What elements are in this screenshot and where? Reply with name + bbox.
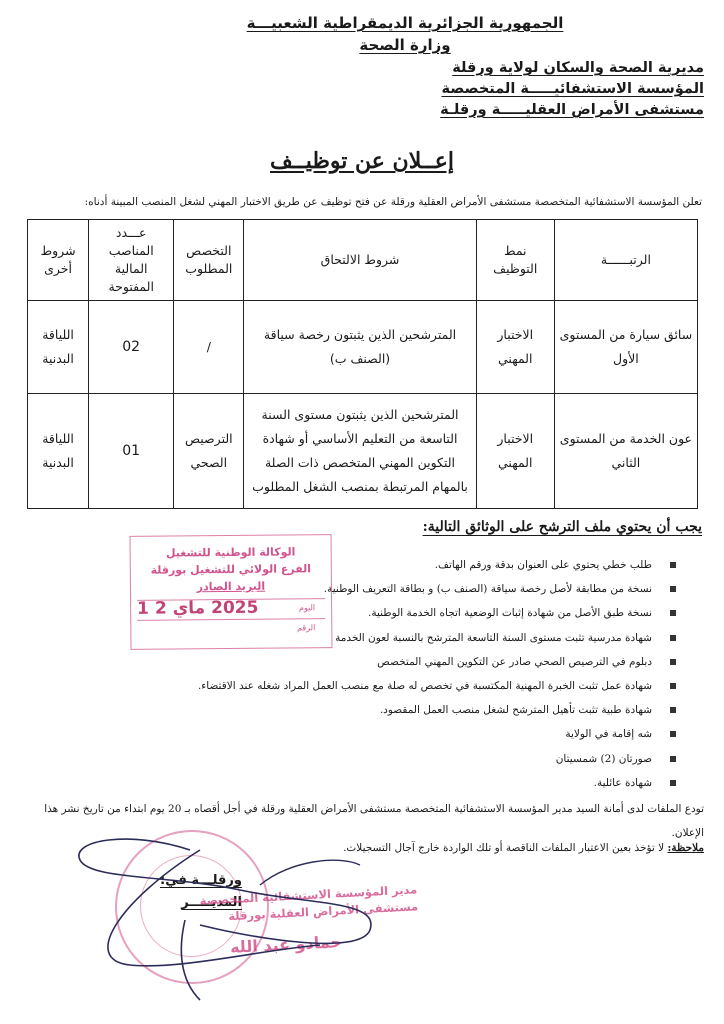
list-item: صورتان (2) شمسيتان (198, 748, 668, 772)
cell-rank: عون الخدمة من المستوى الثاني (554, 394, 697, 509)
cell-conditions: المترشحين الذين يثبتون مستوى السنة التاس… (244, 394, 476, 509)
header-rank: الرتبــــــة (554, 220, 697, 301)
page-title: إعــلان عن توظيــف (0, 148, 724, 174)
table-row: عون الخدمة من المستوى الثاني الاختبار ال… (28, 394, 698, 509)
header-other: شروط أخرى (28, 220, 89, 301)
stamp-date-row: اليوم 2025 ماي 2 1 (137, 598, 325, 618)
positions-table: الرتبــــــة نمط التوظيف شروط الالتحاق ا… (27, 219, 698, 509)
cell-mode: الاختبار المهني (476, 301, 554, 394)
square-bullet-icon (670, 635, 676, 641)
header-mode: نمط التوظيف (476, 220, 554, 301)
cell-specialty: الترصيص الصحي (174, 394, 244, 509)
institution-name: المؤسسة الاستشفائيـــــة المتخصصة (444, 79, 704, 100)
header-count: عـــدد المناصب المالية المفتوحة (89, 220, 174, 301)
cell-other: اللياقة البدنية (28, 301, 89, 394)
list-item: شهادة عمل تثبت الخبرة المهنية المكتسبة ف… (198, 675, 668, 699)
directorate-name: مديرية الصحة والسكان لولاية ورقلة (444, 58, 704, 79)
square-bullet-icon (670, 707, 676, 713)
table-row: سائق سيارة من المستوى الأول الاختبار الم… (28, 301, 698, 394)
cell-other: اللياقة البدنية (28, 394, 89, 509)
republic-name: الجمهورية الجزائرية الديمقراطية الشعبيــ… (230, 12, 580, 34)
table-header-row: الرتبــــــة نمط التوظيف شروط الالتحاق ا… (28, 220, 698, 301)
documents-title: يجب أن يحتوي ملف الترشح على الوثائق التا… (423, 519, 702, 535)
stamp-date: 2025 ماي 2 1 (137, 600, 258, 618)
hospital-name: مستشفى الأمراض العقليـــــة ورقلـة (444, 100, 704, 121)
stamp-line-agency: الوكالة الوطنية للتشغيل (131, 543, 331, 562)
note-text: لا تؤخذ بعين الاعتبار الملفات الناقصة أو… (343, 842, 667, 854)
stamp-line-mail: البريد الصادر (131, 577, 331, 596)
square-bullet-icon (670, 756, 676, 762)
square-bullet-icon (670, 562, 676, 568)
cell-count: 01 (89, 394, 174, 509)
intro-text: تعلن المؤسسة الاستشفائية المتخصصة مستشفى… (22, 196, 702, 208)
stamp-day-label: اليوم (299, 599, 325, 616)
list-item: شهادة عائلية. (198, 772, 668, 796)
ministry-name: وزارة الصحة (230, 34, 580, 56)
list-item: شهادة طبية تثبت تأهيل المترشح لشغل منصب … (198, 699, 668, 723)
stamp-line-branch: الفرع الولائي للتشغيل بورقلة (131, 560, 331, 579)
header-specialty: التخصص المطلوب (174, 220, 244, 301)
header-conditions: شروط الالتحاق (244, 220, 476, 301)
square-bullet-icon (670, 780, 676, 786)
square-bullet-icon (670, 731, 676, 737)
list-item: شه إقامة في الولاية (198, 723, 668, 747)
header-institution: مديرية الصحة والسكان لولاية ورقلة المؤسس… (444, 58, 704, 121)
cell-count: 02 (89, 301, 174, 394)
list-item: دبلوم في الترصيص الصحي صادر عن التكوين ا… (198, 651, 668, 675)
cell-conditions: المترشحين الذين يثبتون رخصة سياقة (الصنف… (244, 301, 476, 394)
stamp-number-label: الرقم (137, 618, 325, 638)
note-label: ملاحظة: (668, 842, 705, 854)
reception-stamp: الوكالة الوطنية للتشغيل الفرع الولائي لل… (130, 534, 333, 650)
note: ملاحظة: لا تؤخذ بعين الاعتبار الملفات ال… (343, 842, 704, 854)
square-bullet-icon (670, 610, 676, 616)
square-bullet-icon (670, 683, 676, 689)
cell-specialty: / (174, 301, 244, 394)
cell-mode: الاختبار المهني (476, 394, 554, 509)
square-bullet-icon (670, 659, 676, 665)
cell-rank: سائق سيارة من المستوى الأول (554, 301, 697, 394)
handwritten-signature-icon (60, 820, 390, 1020)
square-bullet-icon (670, 586, 676, 592)
header-national: الجمهورية الجزائرية الديمقراطية الشعبيــ… (230, 12, 580, 56)
